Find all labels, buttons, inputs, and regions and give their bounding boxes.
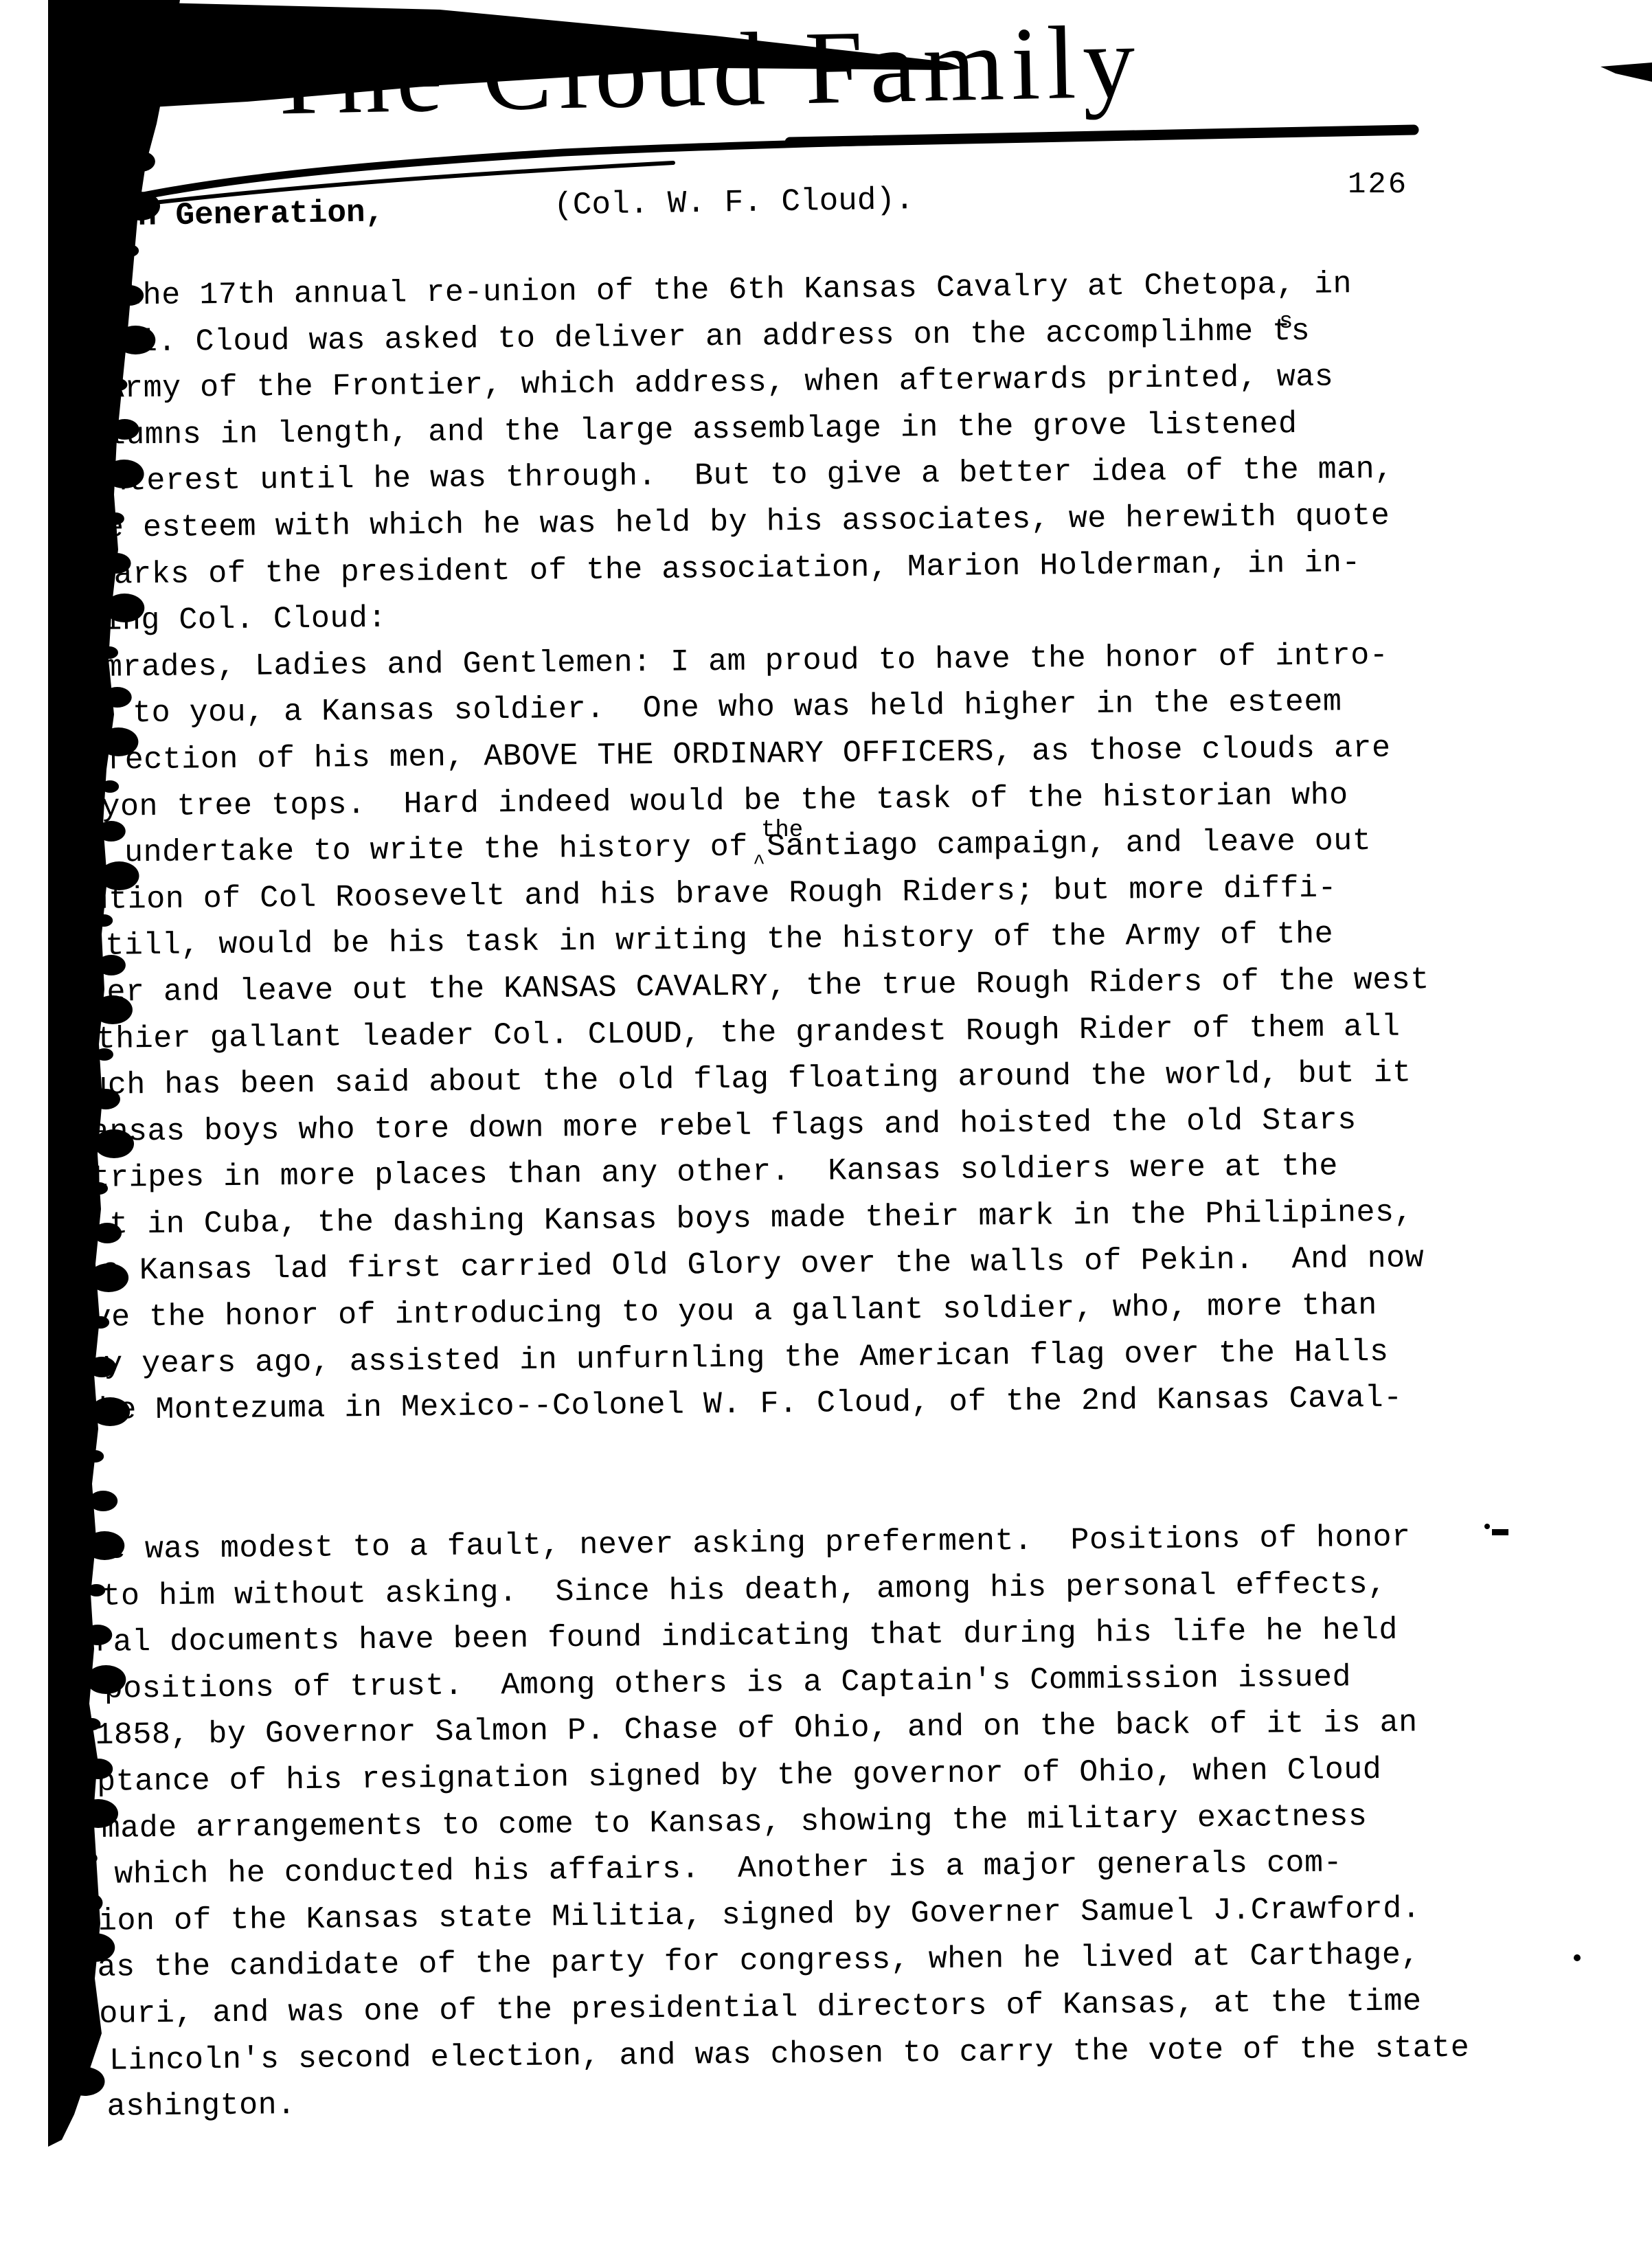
typed-superscript-s: s (1279, 310, 1293, 334)
scan-ink-blob (128, 111, 146, 123)
typed-body-text: the 17th annual re-union of the 6th Kans… (81, 259, 1610, 2131)
caret-insertion-mark: ^ (753, 852, 765, 875)
scan-ink-blob (80, 1852, 98, 1864)
scan-dash-top-right (1600, 63, 1652, 82)
scanned-document-page: The Cloud Family h Generation, (Col. W. … (0, 0, 1652, 2247)
scan-ink-blob (69, 1986, 87, 1998)
scan-ink-blob (126, 151, 155, 172)
page-number: 126 (1348, 168, 1408, 202)
scan-ink-blob (121, 245, 139, 257)
scan-ink-blob (71, 2026, 100, 2047)
inserted-word-the: the (761, 819, 803, 842)
header-rule-thick-right (790, 130, 1414, 142)
generation-subject: (Col. W. F. Cloud). (554, 182, 914, 223)
generation-label: h Generation, (137, 194, 385, 234)
page-title: The Cloud Family (168, 4, 1241, 135)
